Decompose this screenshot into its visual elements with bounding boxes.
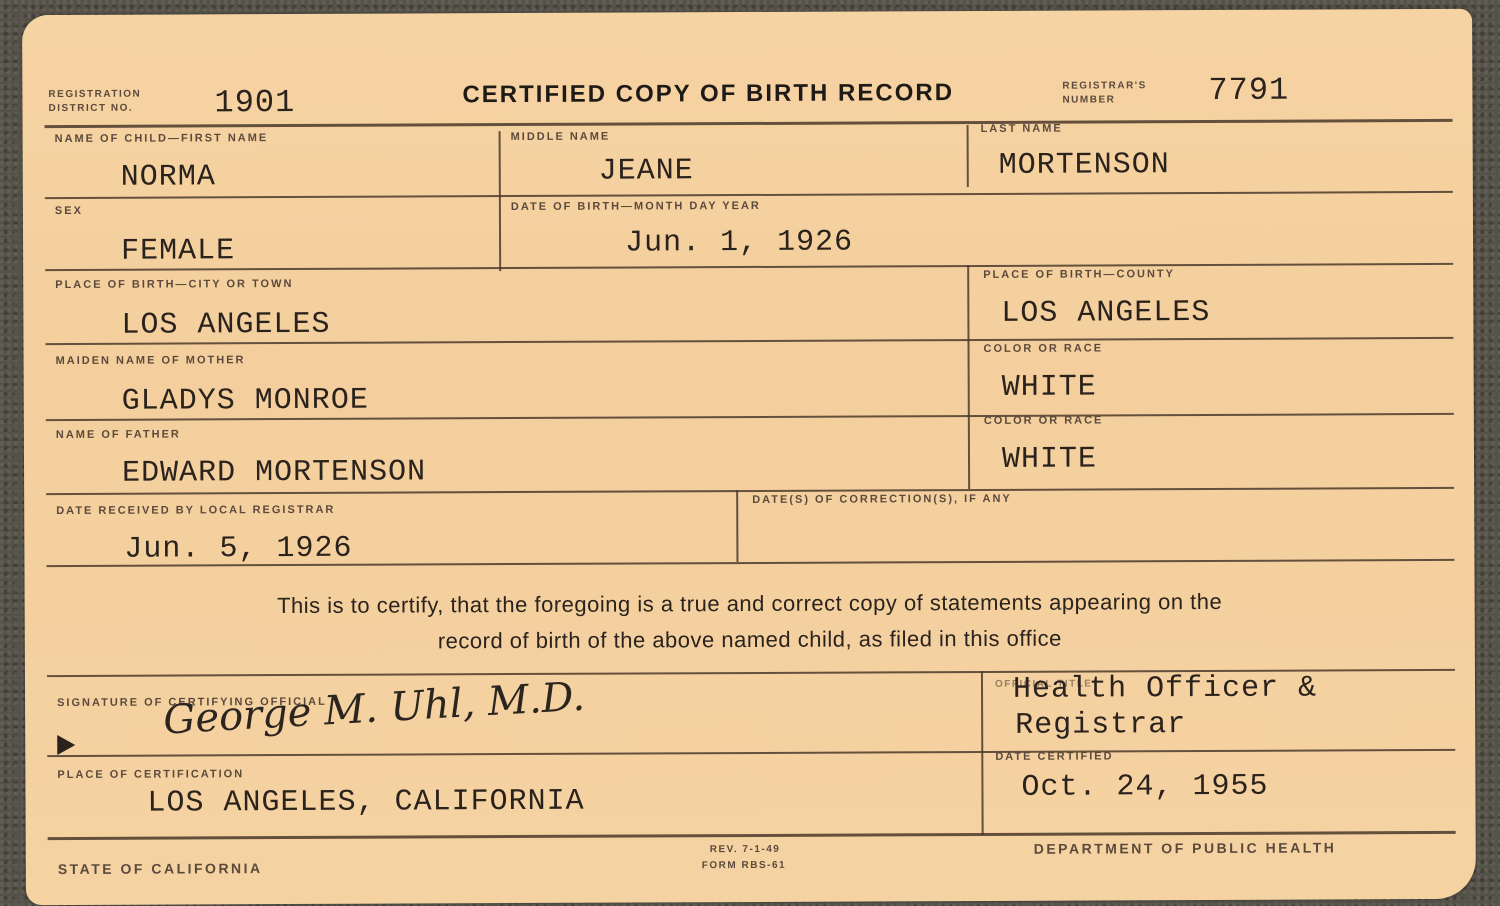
last-name-value: MORTENSON (999, 148, 1170, 183)
divider (45, 263, 1453, 271)
mother-maiden-name-label: Maiden Name of Mother (56, 354, 246, 367)
divider (736, 490, 738, 562)
registration-district-label-1: Registration (48, 89, 141, 100)
registrar-number-label-2: Number (1062, 94, 1115, 105)
sex-label: Sex (55, 205, 83, 217)
footer-rev: REV. 7-1-49 (710, 844, 781, 855)
registrar-number-label-1: Registrar's (1062, 80, 1147, 91)
place-county-label: Place of Birth—County (983, 268, 1175, 281)
father-name-label: Name of Father (56, 428, 181, 441)
document-title: CERTIFIED COPY OF BIRTH RECORD (462, 79, 954, 109)
father-race-label: Color or Race (984, 414, 1104, 427)
footer-department: DEPARTMENT OF PUBLIC HEALTH (1034, 839, 1337, 856)
last-name-label: Last Name (981, 123, 1063, 135)
footer-state: STATE OF CALIFORNIA (58, 860, 263, 877)
arrow-pointer-icon (57, 735, 75, 755)
footer-form: FORM RBS-61 (702, 860, 786, 871)
birth-certificate-card: Registration District No. 1901 CERTIFIED… (22, 9, 1476, 905)
middle-name-value: JEANE (599, 154, 694, 188)
place-of-certification-value: LOS ANGELES, CALIFORNIA (147, 785, 584, 821)
mother-race-value: WHITE (1002, 370, 1097, 404)
official-title-line1: Health Officer & (1013, 672, 1317, 707)
first-name-value: NORMA (121, 160, 216, 194)
date-certified-value: Oct. 24, 1955 (1021, 770, 1268, 805)
registration-district-value: 1901 (214, 84, 295, 121)
divider (47, 749, 1455, 757)
registration-district-label-2: District No. (48, 103, 133, 114)
certification-statement-line1: This is to certify, that the foregoing i… (85, 583, 1415, 625)
divider (45, 191, 1453, 199)
date-of-birth-label: Date of Birth—Month Day Year (511, 200, 761, 213)
place-county-value: LOS ANGELES (1001, 296, 1210, 331)
sex-value: FEMALE (121, 234, 235, 268)
date-certified-label: Date Certified (995, 750, 1113, 763)
place-city-value: LOS ANGELES (121, 308, 330, 343)
divider (967, 125, 969, 187)
middle-name-label: Middle Name (511, 131, 611, 143)
corrections-label: Date(s) of Correction(s), If Any (752, 493, 1012, 506)
date-received-label: Date Received by Local Registrar (56, 504, 335, 517)
divider (967, 265, 970, 489)
date-of-birth-value: Jun. 1, 1926 (625, 226, 853, 261)
footer-divider (48, 831, 1456, 840)
certification-statement-line2: record of birth of the above named child… (85, 619, 1415, 661)
mother-maiden-name-value: GLADYS MONROE (122, 384, 369, 419)
divider (499, 131, 502, 271)
father-race-value: WHITE (1002, 442, 1097, 476)
registrar-number-value: 7791 (1208, 72, 1289, 109)
place-city-label: Place of Birth—City or Town (55, 278, 293, 291)
first-name-label: Name of Child—First Name (55, 132, 269, 145)
official-title-line2: Registrar (1015, 708, 1186, 743)
father-name-value: EDWARD MORTENSON (122, 455, 426, 490)
official-signature: George M. Uhl, M.D. (162, 674, 586, 744)
mother-race-label: Color or Race (984, 342, 1104, 355)
place-of-certification-label: Place of Certification (57, 768, 244, 781)
date-received-value: Jun. 5, 1926 (124, 532, 352, 567)
